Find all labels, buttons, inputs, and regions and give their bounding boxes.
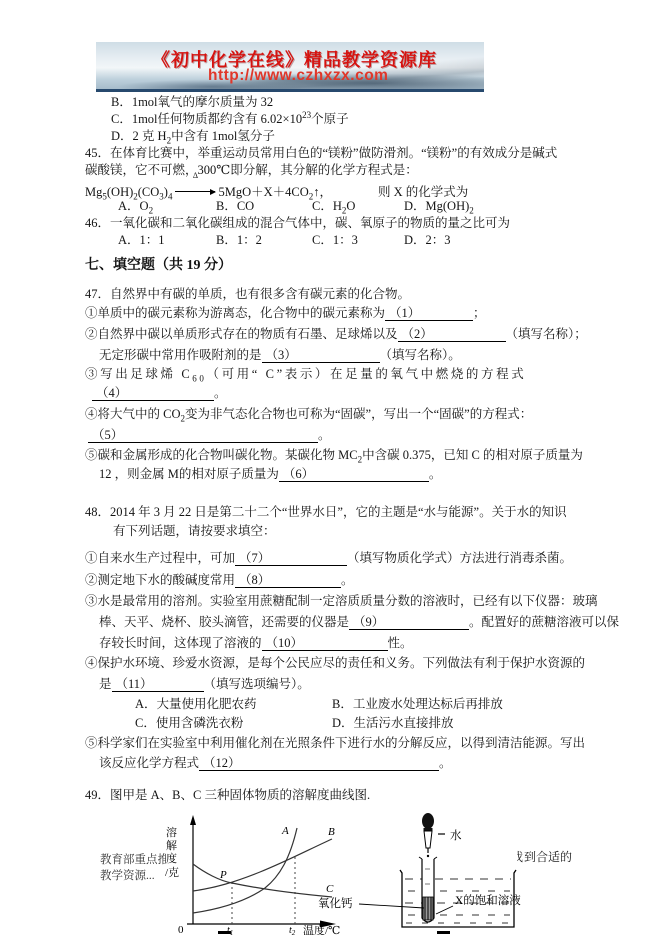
item-tail: 性。 (388, 636, 413, 650)
item-text: 是 (99, 677, 112, 691)
item-text: ①单质中的碳元素称为游离态，化合物中的碳元素称为 (85, 306, 385, 320)
q48-item5b: 该反应化学方程式（12）。 (99, 756, 452, 771)
solid-in-tube (423, 897, 433, 920)
item-tail: （填写物质化学式）方法进行消毒杀菌。 (347, 551, 572, 565)
q47-item5: ⑤碳和金属形成的化合物叫碳化物。某碳化物 MC2中含碳 0.375，已知 C 的… (85, 448, 583, 463)
q48-item3c: 存较长时间，这体现了溶液的（10）性。 (99, 636, 413, 651)
formula-part: ↑， (313, 185, 332, 199)
q48-item3a: ③水是最常用的溶剂。实验室用蔗糖配制一定溶质质量分数的溶液时，已经有以下仪器：玻… (85, 594, 598, 609)
item-text: 存较长时间，这体现了溶液的 (99, 636, 262, 650)
calcium-oxide-leader (359, 904, 424, 908)
dropper-bulb-icon (422, 813, 434, 829)
item-text: ②测定地下水的酸碱度常用 (85, 573, 235, 587)
item-tail: 。 (439, 756, 452, 770)
q45-option-a: A．O2 (118, 199, 153, 214)
q45-option-c: C．H2O (312, 199, 355, 214)
q48-item2: ②测定地下水的酸碱度常用（8）。 (85, 573, 354, 588)
stray-text-left: 教育部重点推 教学资源... (100, 852, 166, 884)
saturated-solution-label: X的饱和溶液 (455, 893, 521, 907)
q44-option-b-text: B．1mol氧气的摩尔质量为 32 (111, 95, 273, 109)
exponent: 23 (302, 110, 311, 120)
curve-a-label: A (281, 825, 289, 837)
q44-option-c: C．1mol任何物质都约含有 6.02×1023个原子 (111, 112, 349, 127)
q45-equation: Mg5(OH)2(CO3)4Δ5MgO＋X＋4CO2↑，则 X 的化学式为 (85, 181, 468, 200)
item-text: 棒、天平、烧杯、胶头滴管，还需要的仪器是 (99, 615, 349, 629)
q47-item3: ③写出足球烯 C60（可用“ C”表示）在足量的氧气中燃烧的方程式 (85, 367, 526, 382)
item-text: ④将大气中的 CO (85, 407, 181, 421)
answer-blank-7: （7） (235, 551, 347, 566)
q45-question-tail: 则 X 的化学式为 (378, 185, 468, 199)
q46-option-b: B．1：2 (216, 233, 262, 248)
q44-option-c-tail: 个原子 (311, 112, 349, 126)
item-text: ③写出足球烯 C (85, 367, 192, 381)
q48-item5a: ⑤科学家们在实验室中利用催化剂在光照条件下进行水的分解反应，以得到清洁能源。写出 (85, 736, 585, 751)
exam-page: 《初中化学在线》精品教学资源库 http://www.czhxzx.com B．… (0, 0, 661, 935)
q45-line2: 碳酸镁，它不可燃，300℃即分解，其分解的化学方程式是： (85, 163, 418, 178)
stray-text-left-line2: 教学资源... (100, 868, 166, 884)
axes (187, 820, 328, 924)
arrowhead-icon (210, 189, 216, 195)
q44-option-d: D．2 克 H2中含有 1mol氢分子 (111, 129, 275, 144)
ylabel-char: 解 (166, 838, 177, 852)
banner-url: http://www.czhxzx.com (208, 67, 388, 85)
answer-blank-12: （12） (199, 756, 439, 771)
answer-blank-1: （1） (385, 306, 473, 321)
answer-blank-5: （5） (88, 428, 318, 443)
t1-tick: t1 (227, 925, 233, 935)
y-axis-label: 溶 解 度 /克 (165, 825, 179, 879)
item-tail: （填写选项编号）。 (204, 677, 310, 691)
section-title: 七、填空题（共 19 分） (85, 258, 232, 273)
water-drop-icon (427, 855, 429, 857)
figure1-caption-partial (218, 931, 231, 934)
item-tail: 。配置好的蔗糖溶液可以保 (469, 615, 619, 629)
calcium-oxide-label: 氧化钙 (318, 896, 353, 910)
q48-option-d: D．生活污水直接排放 (332, 716, 454, 731)
tube-mouth-flare (434, 857, 437, 859)
subscript: 4 (168, 192, 173, 202)
q48-option-c: C．使用含磷洗衣粉 (135, 716, 243, 731)
item-tail: ； (473, 306, 486, 320)
subscript: 2 (469, 206, 474, 216)
q47-item1: ①单质中的碳元素称为游离态，化合物中的碳元素称为（1）； (85, 306, 486, 321)
item-text: 12 ，则金属 M的相对原子质量为 (99, 467, 279, 481)
curve-a (193, 828, 297, 913)
formula-part: 5MgO＋X＋4CO (218, 185, 308, 199)
delta-symbol: Δ (193, 172, 198, 180)
answer-blank-8: （8） (235, 573, 341, 588)
item-text: （可用“ C”表示）在足量的氧气中燃烧的方程式 (206, 367, 526, 381)
tube-mouth-flare (419, 857, 422, 859)
reaction-arrow-icon: Δ (175, 181, 215, 192)
item-tail: 。 (214, 386, 227, 400)
formula-part: Mg (85, 185, 102, 199)
beaker-experiment-figure: 水 氧化钙 X的饱和溶液 (310, 812, 545, 935)
dropper-tube (424, 831, 432, 848)
figure2-caption-partial (437, 931, 450, 934)
q46-option-d: D．2：3 (404, 233, 451, 248)
y-axis-arrow-icon (190, 815, 196, 825)
q44-option-b: B．1mol氧气的摩尔质量为 32 (111, 95, 273, 110)
option-text: C．H (312, 199, 342, 213)
answer-blank-10: （10） (262, 636, 388, 651)
ylabel-char: 溶 (166, 825, 177, 839)
dropper (422, 813, 434, 857)
q46-option-a: A．1：1 (118, 233, 165, 248)
item-text: ②自然界中碳以单质形式存在的物质有石墨、足球烯以及 (85, 327, 398, 341)
water-label: 水 (450, 828, 462, 842)
t2-tick: t2 (289, 925, 296, 935)
formula-part: (CO (138, 185, 160, 199)
q47-item4: ④将大气中的 CO2变为非气态化合物也可称为“固碳”，写出一个“固碳”的方程式： (85, 407, 532, 422)
q49-line1: 49．图甲是 A、B、C 三种固体物质的溶解度曲线图. (85, 788, 370, 803)
q47-item5b: 12 ，则金属 M的相对原子质量为（6）。 (99, 467, 441, 482)
dashed-guides (232, 856, 295, 924)
item-tail: 。 (429, 467, 442, 481)
answer-blank-11: （11） (112, 677, 204, 692)
answer-blank-6: （6） (279, 467, 429, 482)
q44-option-d-tail: 中含有 1mol氢分子 (171, 129, 275, 143)
answer-blank-4: （4） (92, 386, 214, 401)
site-banner: 《初中化学在线》精品教学资源库 http://www.czhxzx.com (96, 42, 484, 92)
q47-item2a: ②自然界中碳以单质形式存在的物质有石墨、足球烯以及（2）（填写名称）； (85, 327, 587, 342)
q48-option-a: A．大量使用化肥农药 (135, 697, 257, 712)
item-text: 中含碳 0.375，已知 C 的相对原子质量为 (362, 448, 583, 462)
item-text: ①自来水生产过程中，可加 (85, 551, 235, 565)
item-tail: 。 (341, 573, 354, 587)
q48-item4a: ④保护水环境、珍爱水资源，是每个公民应尽的责任和义务。下列做法有利于保护水资源的 (85, 656, 585, 671)
item-tail: 。 (318, 428, 331, 442)
q47-item2b: 无定形碳中常用作吸附剂的是（3）（填写名称）。 (99, 348, 461, 363)
item-tail: （填写名称）。 (380, 348, 461, 362)
answer-blank-9: （9） (349, 615, 469, 630)
q45-option-d: D．Mg(OH)2 (404, 199, 474, 214)
answer-blank-2: （2） (398, 327, 506, 342)
formula-part: (OH) (107, 185, 133, 199)
subscript: 2 (149, 206, 154, 216)
item-text: 无定形碳中常用作吸附剂的是 (99, 348, 262, 362)
q44-option-d-text: D．2 克 H (111, 129, 167, 143)
q44-option-c-text: C．1mol任何物质都约含有 6.02×10 (111, 112, 302, 126)
q48-item4b: 是（11）（填写选项编号）。 (99, 677, 310, 692)
q47-item3-blank-line: （4）。 (92, 386, 227, 401)
option-text: O (346, 199, 355, 213)
ylabel-char: 度 (166, 851, 177, 865)
subscript: 60 (192, 374, 206, 384)
q48-line2: 有下列话题，请按要求填空： (113, 524, 276, 539)
option-text: B．CO (216, 199, 254, 213)
point-p-label: P (219, 869, 227, 881)
q45-line1: 45．在体育比赛中，举重运动员常用白色的“镁粉”做防滑剂。“镁粉”的有效成分是碱… (85, 146, 557, 161)
origin-label: 0 (178, 924, 184, 935)
option-text: D．Mg(OH) (404, 199, 469, 213)
q48-item1: ①自来水生产过程中，可加（7）（填写物质化学式）方法进行消毒杀菌。 (85, 551, 572, 566)
q47-item4-blank-line: （5）。 (88, 428, 331, 443)
answer-blank-3: （3） (262, 348, 380, 363)
stray-text-left-line1: 教育部重点推 (100, 852, 166, 868)
item-tail: （填写名称）； (506, 327, 587, 341)
saturated-solution-leader (436, 906, 453, 914)
item-text: 变为非气态化合物也可称为“固碳”，写出一个“固碳”的方程式： (185, 407, 532, 421)
q47-line1: 47．自然界中有碳的单质，也有很多含有碳元素的化合物。 (85, 287, 410, 302)
item-text: 该反应化学方程式 (99, 756, 199, 770)
t2-sub: 2 (292, 929, 296, 935)
q48-option-b: B．工业废水处理达标后再排放 (332, 697, 503, 712)
q45-option-b: B．CO (216, 199, 254, 214)
option-text: A．O (118, 199, 149, 213)
ylabel-char: /克 (165, 865, 179, 879)
q46-line1: 46．一氧化碳和二氧化碳组成的混合气体中，碳、氧原子的物质的量之比可为 (85, 216, 510, 231)
q48-line1: 48．2014 年 3 月 22 日是第二十二个“世界水日”，它的主题是“水与能… (85, 505, 567, 520)
q46-option-c: C．1：3 (312, 233, 358, 248)
item-text: ⑤碳和金属形成的化合物叫碳化物。某碳化物 MC (85, 448, 358, 462)
q48-item3b: 棒、天平、烧杯、胶头滴管，还需要的仪器是（9）。配置好的蔗糖溶液可以保 (99, 615, 619, 630)
